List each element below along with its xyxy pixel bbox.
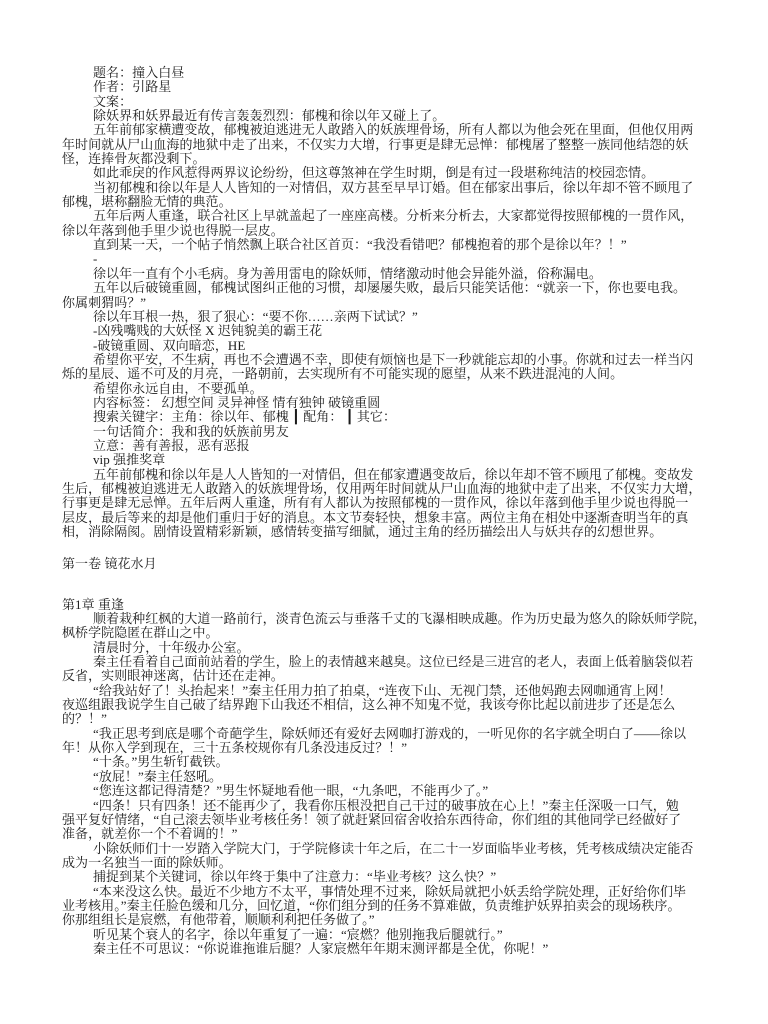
text-line: 五年前郁家横遭变故，郁槐被迫逃进无人敢踏入的妖族埋骨场，所有人都以为他会死在里面… [62, 123, 710, 137]
text-line: 除妖界和妖界最近有传言轰轰烈烈：郁槐和徐以年又碰上了。 [62, 109, 710, 123]
text-line: 小除妖师们十一岁踏入学院大门，于学院修读十年之后，在二十一岁面临毕业考核，凭考核… [62, 842, 710, 856]
text-line: 夜巡组跟我说学生自己破了结界跑下山我还不相信，这么神不知鬼不觉，我该夸你比起以前… [62, 698, 710, 712]
text-line: 作者：引路星 [62, 80, 710, 94]
text-line: 希望你平安，不生病，再也不会遭遇不幸，即使有烦恼也是下一秒就能忘却的小事。你就和… [62, 353, 710, 367]
text-line: 业考核用。”秦主任脸色缓和几分，回忆道，“你们组分到的任务不算难做，负责维护妖界… [62, 899, 710, 913]
text-line: 年！从你入学到现在，三十五条校规你有几条没违反过？！” [62, 741, 710, 755]
text-line: 五年前郁槐和徐以年是人人皆知的一对情侣，但在郁家遭遇变故后，徐以年却不管不顾甩了… [62, 468, 710, 482]
volume-heading: 第一卷 镜花水月 [62, 557, 710, 571]
text-line: 相，消除隔阂。剧情设置精彩新颖，感情转变描写细腻，通过主角的经历描绘出人与妖共存… [62, 525, 710, 539]
text-line: 怪，连捧骨灰都没剩下。 [62, 152, 710, 166]
text-line: “给我站好了！头抬起来！”秦主任用力拍了拍桌，“连夜下山、无视门禁，还他妈跑去网… [62, 684, 710, 698]
text-line: “我正思考到底是哪个奇葩学生，除妖师还有爱好去网咖打游戏的，一听见你的名字就全明… [62, 727, 710, 741]
text-line: 徐以年耳根一热，狠了狠心：“要不你……亲两下试试？” [62, 310, 710, 324]
text-line: - [62, 252, 710, 266]
text-line: -破镜重圆、双向暗恋，HE [62, 339, 710, 353]
text-line: 搜索关键字：主角：徐以年、郁槐 ┃ 配角： ┃ 其它： [62, 410, 710, 424]
text-line: “十条。”男生斩钉截铁。 [62, 755, 710, 769]
book-info-section: 题名：撞入白昼作者：引路星文案：除妖界和妖界最近有传言轰轰烈烈：郁槐和徐以年又碰… [62, 66, 710, 539]
text-line: 秦主任不可思议：“你说谁拖谁后腿？人家宸燃年年期末测评都是全优，你呢！” [62, 942, 710, 956]
text-line: 清晨时分，十年级办公室。 [62, 641, 710, 655]
text-line: 你属刺猬吗？” [62, 296, 710, 310]
text-line: vip 强推奖章 [62, 453, 710, 467]
text-line: 捕捉到某个关键词，徐以年终于集中了注意力：“毕业考核？这么快？” [62, 870, 710, 884]
text-line: 当初郁槐和徐以年是人人皆知的一对情侣，双方甚至早早订婚。但在郁家出事后，徐以年却… [62, 181, 710, 195]
text-line: 烁的星辰、遥不可及的月亮，一路朝前，去实现所有不可能实现的愿望，从来不跌进混沌的… [62, 367, 710, 381]
text-line: 强平复好情绪，“自己滚去领毕业考核任务！领了就赶紧回宿舍收拾东西待命，你们组的其… [62, 813, 710, 827]
text-line: 顺着栽种红枫的大道一路前行，淡青色流云与垂落千丈的飞瀑相映成趣。作为历史最为悠久… [62, 612, 710, 626]
text-line: 直到某一天，一个帖子悄然飘上联合社区首页：“我没看错吧？郁槐抱着的那个是徐以年？… [62, 238, 710, 252]
text-line: 行事更是肆无忌惮。五年后两人重逢，所有有人都认为按照郁槐的一贯作风，徐以年落到他… [62, 496, 710, 510]
text-line: 郁槐，堪称翻脸无情的典范。 [62, 195, 710, 209]
text-line: 成为一名独当一面的除妖师。 [62, 856, 710, 870]
text-line: 一句话简介：我和我的妖族前男友 [62, 425, 710, 439]
text-line: 听见某个衰人的名字，徐以年重复了一遍：“宸燃？他别拖我后腿就行。” [62, 928, 710, 942]
text-line: 反省，实则眼神迷离，估计还在走神。 [62, 669, 710, 683]
text-line: 文案： [62, 95, 710, 109]
chapter-heading: 第1章 重逢 [62, 598, 710, 612]
text-line: 五年以后破镜重圆，郁槐试图纠正他的习惯，却屡屡失败，最后只能笑话他：“就亲一下，… [62, 281, 710, 295]
text-line: 准备，就差你一个不着调的！” [62, 827, 710, 841]
text-line: 层皮，最后等来的却是他们重归于好的消息。本文节奏轻快，想象丰富。两位主角在相处中… [62, 511, 710, 525]
text-line: 秦主任看着自己面前站着的学生，脸上的表情越来越臭。这位已经是三进宫的老人，表面上… [62, 655, 710, 669]
text-line: “放屁！”秦主任怒吼。 [62, 770, 710, 784]
text-line: 徐以年落到他手里少说也得脱一层皮。 [62, 224, 710, 238]
text-line: 生后，郁槐被迫逃进无人敢踏入的妖族埋骨场，仅用两年时间就从尸山血海的地狱中走了出… [62, 482, 710, 496]
text-line: 题名：撞入白昼 [62, 66, 710, 80]
text-line: “本来没这么快。最近不少地方不太平，事情处理不过来，除妖局就把小妖丢给学院处理，… [62, 885, 710, 899]
text-line: 年时间就从尸山血海的地狱中走了出来，不仅实力大增，行事更是肆无忌惮：郁槐屠了整整… [62, 138, 710, 152]
text-line: “您连这都记得清楚？”男生怀疑地看他一眼，“九条吧，不能再少了。” [62, 784, 710, 798]
text-line: 徐以年一直有个小毛病。身为善用雷电的除妖师，情绪激动时他会异能外溢，俗称漏电。 [62, 267, 710, 281]
chapter-body: 顺着栽种红枫的大道一路前行，淡青色流云与垂落千丈的飞瀑相映成趣。作为历史最为悠久… [62, 612, 710, 956]
text-line: 如此乖戾的作风惹得两界议论纷纷，但这尊煞神在学生时期，倒是有过一段堪称纯洁的校园… [62, 166, 710, 180]
text-line: 立意：善有善报，恶有恶报 [62, 439, 710, 453]
text-line: 的？！” [62, 712, 710, 726]
text-line: 五年后两人重逢，联合社区上早就盖起了一座座高楼。分析来分析去，大家都觉得按照郁槐… [62, 209, 710, 223]
chapter-section: 第1章 重逢 顺着栽种红枫的大道一路前行，淡青色流云与垂落千丈的飞瀑相映成趣。作… [62, 598, 710, 957]
text-line: “四条！只有四条！还不能再少了，我看你压根没把自己干过的破事放在心上！”秦主任深… [62, 799, 710, 813]
text-line: 枫桥学院隐匿在群山之中。 [62, 626, 710, 640]
text-line: 你那组组长是宸燃，有他带着，顺顺利利把任务做了。” [62, 913, 710, 927]
text-line: 希望你永远自由，不要孤单。 [62, 382, 710, 396]
document-page: 题名：撞入白昼作者：引路星文案：除妖界和妖界最近有传言轰轰烈烈：郁槐和徐以年又碰… [0, 0, 768, 1024]
text-line: -凶残嘴贱的大妖怪 X 迟钝貌美的霸王花 [62, 324, 710, 338]
